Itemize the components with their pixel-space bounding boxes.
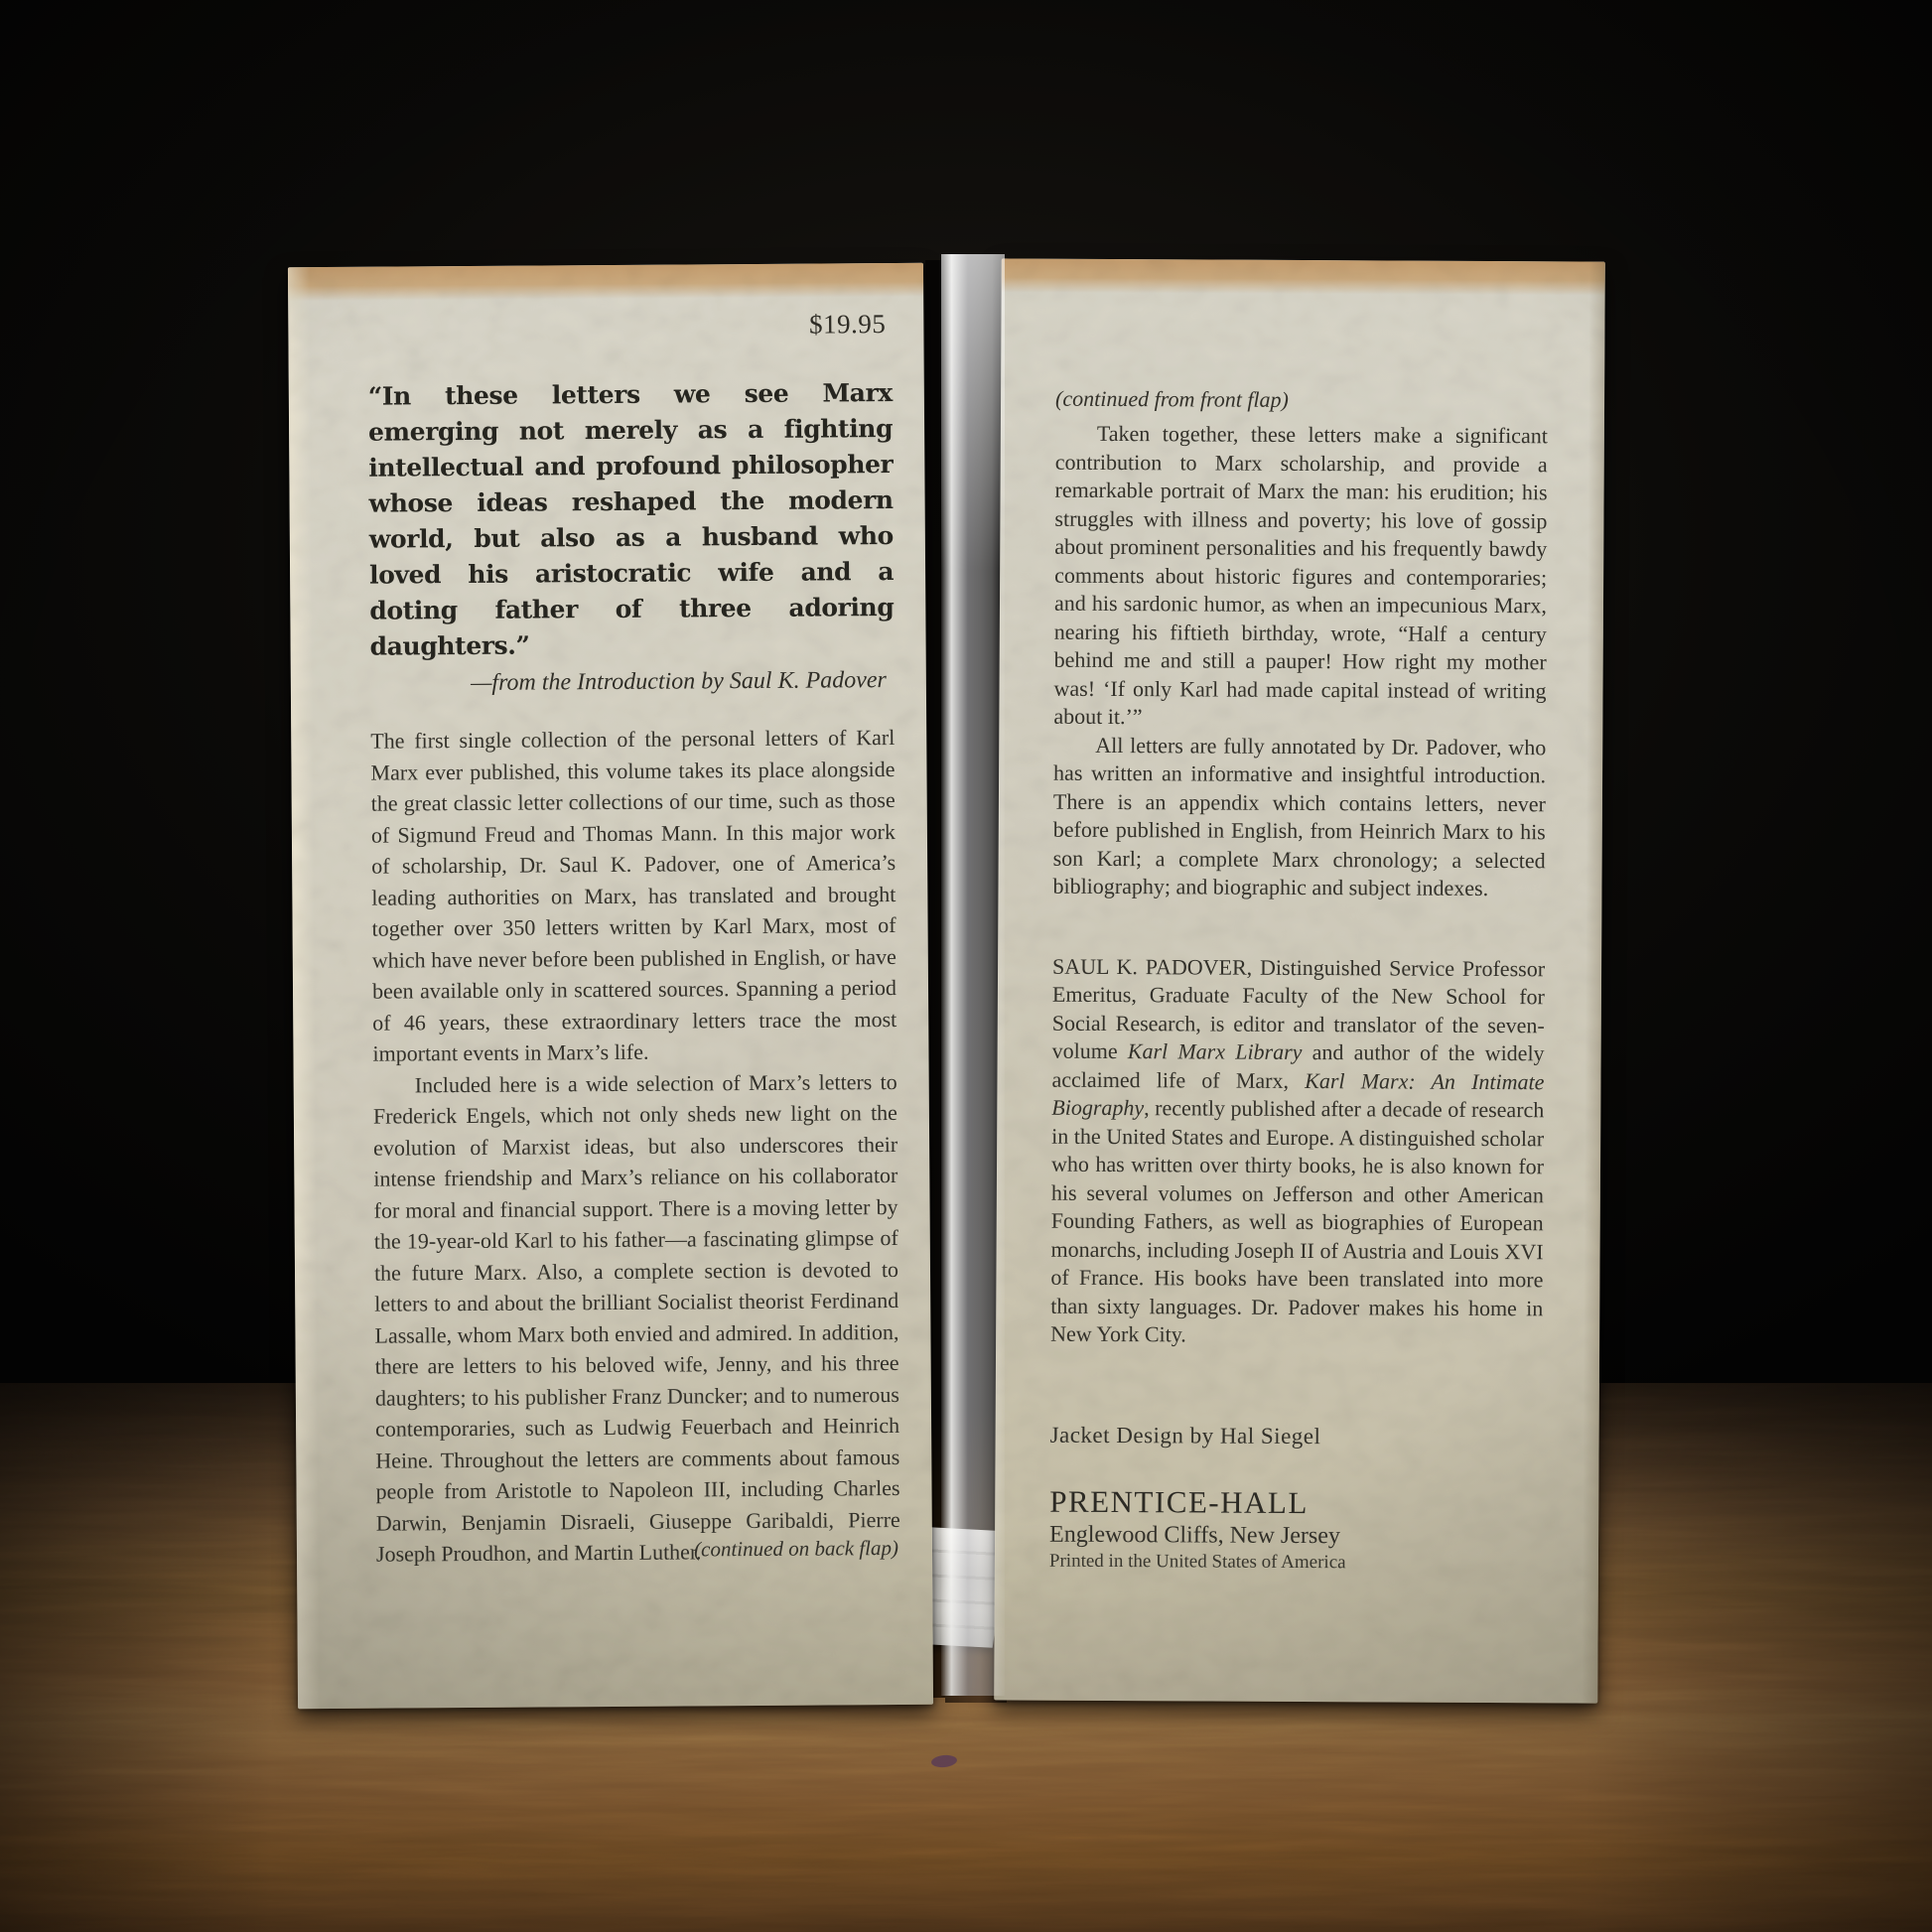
- publisher-location: Englewood Cliffs, New Jersey: [1049, 1521, 1542, 1551]
- author-bio-paragraph: SAUL K. PADOVER, Distinguished Service P…: [1050, 952, 1545, 1351]
- front-flap-quote: “In these letters we see Marx emerging n…: [368, 375, 895, 665]
- back-flap-content: (continued from front flap) Taken togeth…: [994, 385, 1604, 1703]
- printed-in-usa-note: Printed in the United States of America: [1049, 1550, 1542, 1575]
- quote-attribution: —from the Introduction by Saul K. Padove…: [370, 667, 895, 698]
- jacket-design-credit: Jacket Design by Hal Siegel: [1050, 1422, 1543, 1450]
- front-flap-content: $19.95 “In these letters we see Marx eme…: [288, 309, 933, 1709]
- front-flap-paragraph-2: Included here is a wide selection of Mar…: [373, 1065, 901, 1570]
- mylar-top-glint: [941, 254, 1005, 572]
- photo-background: $19.95 “In these letters we see Marx eme…: [0, 0, 1932, 1932]
- front-flap-paragraph-1: The first single collection of the perso…: [370, 722, 897, 1069]
- back-flap-paragraph-1: Taken together, these letters make a sig…: [1053, 420, 1548, 734]
- publisher-name: PRENTICE-HALL: [1049, 1483, 1542, 1522]
- continued-from-front-flap-note: (continued from front flap): [1055, 386, 1548, 415]
- front-flap-top-edge: [288, 263, 923, 301]
- back-flap-paragraph-2: All letters are fully annotated by Dr. P…: [1052, 731, 1546, 903]
- back-flap: (continued from front flap) Taken togeth…: [994, 258, 1605, 1703]
- front-flap: $19.95 “In these letters we see Marx eme…: [288, 263, 933, 1709]
- price-label: $19.95: [367, 309, 886, 344]
- back-flap-top-edge: [1002, 258, 1605, 295]
